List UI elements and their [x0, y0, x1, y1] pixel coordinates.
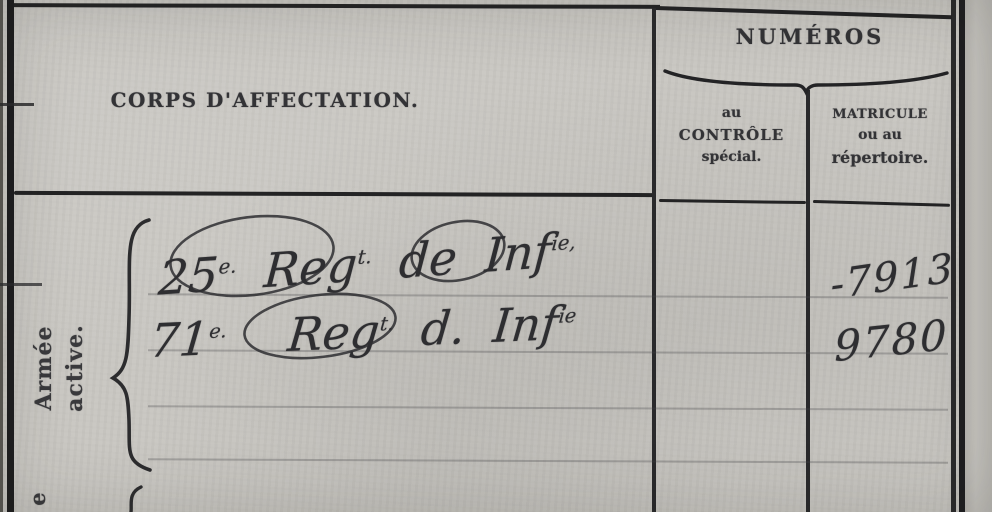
regiment-word: Regt. [262, 236, 373, 299]
section-brace-next-partial [131, 487, 141, 512]
register-page-scan: CORPS D'AFFECTATION. NUMÉROS au CONTRÔLE… [0, 0, 992, 512]
regiment-word: Regt. [286, 303, 396, 362]
section-brace-armee-active [113, 220, 150, 470]
controle-subheader-line1: au [659, 103, 804, 124]
regiment-number: 71e. [148, 310, 229, 368]
table-top-border-right [656, 6, 952, 19]
matricule-subheader-line1: MATRICULE [811, 105, 949, 125]
controle-subheader-line3: spécial. [659, 147, 804, 168]
margin-tick-mark [0, 283, 42, 286]
corps-affectation-header: CORPS D'AFFECTATION. [30, 88, 500, 112]
table-top-border-left [14, 3, 660, 9]
matricule-repertoire-subheader: MATRICULE ou au répertoire. [811, 105, 949, 170]
controle-special-subheader: au CONTRÔLE spécial. [659, 103, 804, 168]
regiment-word: Infie, [483, 222, 577, 284]
regiment-word: de [397, 230, 459, 289]
page-right-margin [965, 0, 992, 512]
writing-guideline [148, 458, 948, 463]
controle-subheader-line2: CONTRÔLE [659, 124, 804, 147]
matricule-subheader-line3: répertoire. [811, 146, 949, 170]
section-label-next-partial: e [25, 479, 51, 512]
margin-tick-mark [0, 103, 34, 106]
header-bottom-rule-corps [14, 191, 654, 197]
regiment-word: Infie [491, 295, 579, 353]
table-left-border [7, 0, 14, 512]
page-left-edge [0, 0, 3, 512]
header-bottom-rule-controle [659, 199, 806, 204]
entry-matricule-row-2: 9780 [834, 310, 948, 371]
numeros-header: NUMÉROS [662, 24, 958, 49]
header-bottom-rule-matricule [813, 200, 950, 207]
regiment-word: d. [419, 300, 468, 356]
regiment-number: 25e. [157, 246, 238, 307]
section-label-line2: active. [60, 303, 91, 433]
section-label-line1: Armée [29, 303, 60, 433]
column-divider-corps-numeros [652, 8, 656, 512]
writing-guideline [148, 405, 948, 410]
column-divider-controle-matricule [806, 90, 810, 512]
section-label-armee-active: Armée active. [29, 303, 95, 433]
entry-matricule-row-1: -7913 [830, 245, 956, 309]
numeros-brace [665, 71, 947, 92]
entry-corps-row-2: 71e.Regt.d.Infie [148, 294, 607, 368]
matricule-subheader-line2: ou au [811, 125, 949, 146]
